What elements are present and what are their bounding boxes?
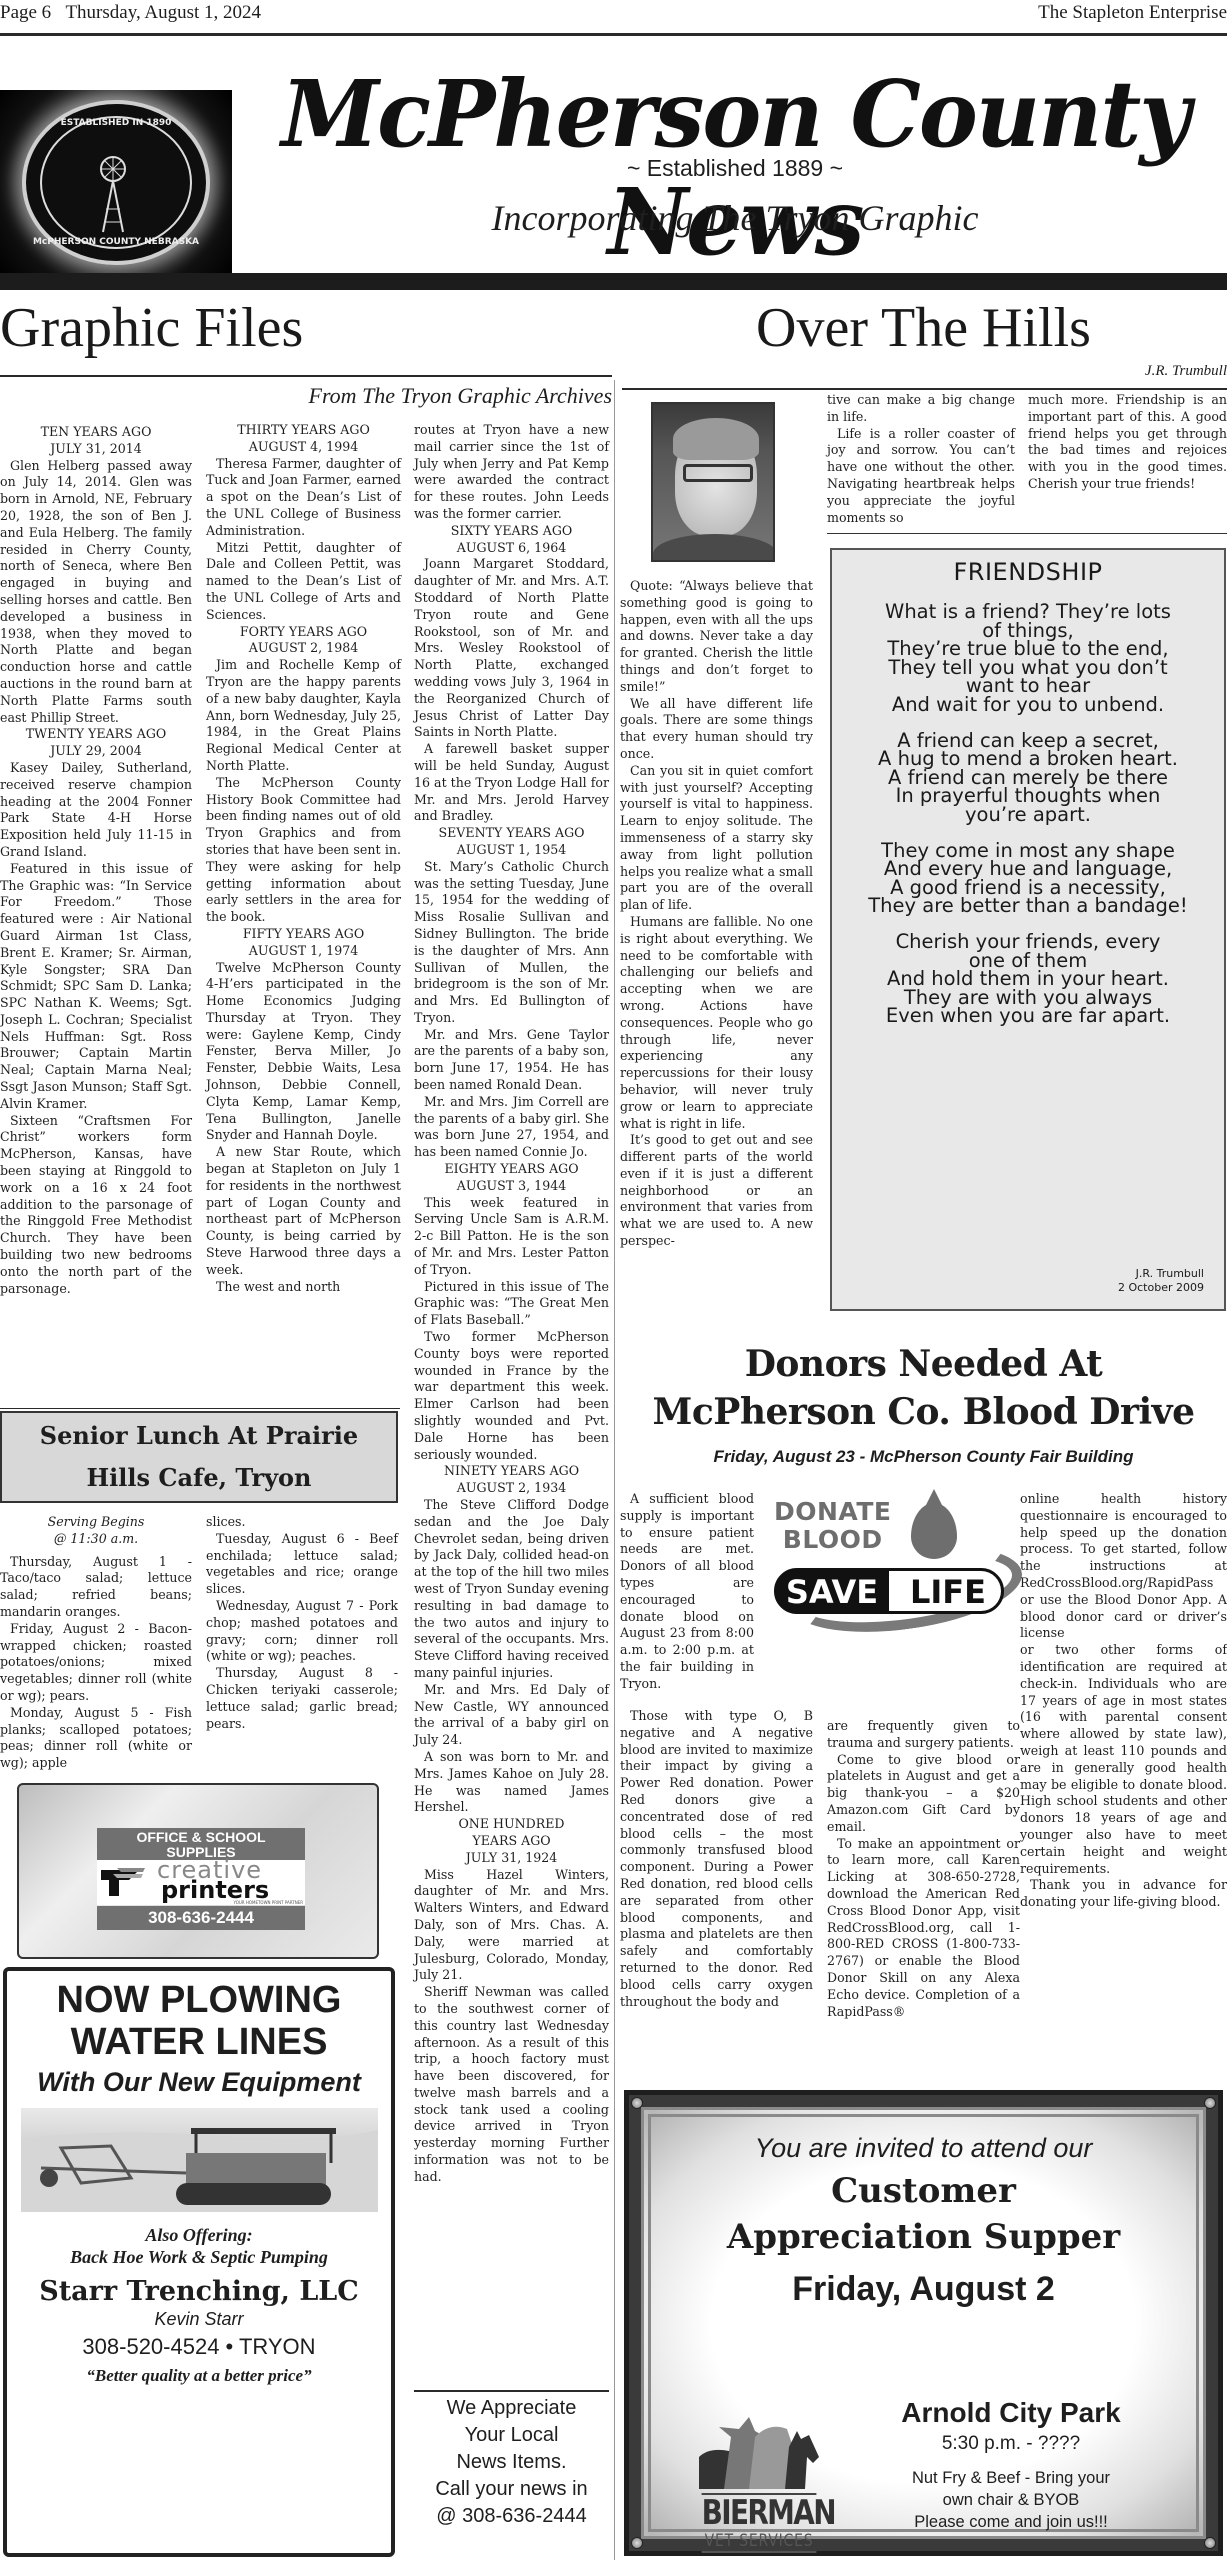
senior-lunch-header: Senior Lunch At Prairie Hills Cafe, Tryo… — [0, 1411, 398, 1503]
folio-rule — [0, 33, 1227, 36]
section-heading: FIFTY YEARS AGO — [206, 926, 401, 943]
paragraph: A farewell basket supper will be held Su… — [414, 741, 609, 825]
page-folio: Page 6 Thursday, August 1, 2024 The Stap… — [0, 0, 1227, 32]
rule — [414, 2390, 609, 2392]
ad-inner-frame: You are invited to attend our CustomerAp… — [641, 2107, 1206, 2539]
blood-drop-icon — [911, 1503, 957, 1559]
paragraph: Can you sit in quiet comfort with just y… — [620, 763, 813, 914]
paragraph: Two former McPherson County boys were re… — [414, 1329, 609, 1463]
paragraph: Thursday, August 1 - Taco/taco salad; le… — [0, 1554, 192, 1621]
blood-col-3: online health history questionnaire is e… — [1020, 1491, 1227, 1911]
paragraph: Mr. and Mrs. Ed Daly of New Castle, WY a… — [414, 1682, 609, 1749]
paragraph: The Steve Clifford Dodge sedan and the J… — [414, 1497, 609, 1682]
ad-headline: NOW PLOWINGWATER LINES — [7, 1979, 391, 2063]
event-location: Arnold City Park — [841, 2397, 1181, 2429]
section-rule — [622, 388, 1227, 390]
section-heading: SEVENTY YEARS AGO — [414, 825, 609, 842]
issue-date: Thursday, August 1, 2024 — [65, 2, 261, 23]
section-heading: EIGHTY YEARS AGO — [414, 1161, 609, 1178]
poem-title: FRIENDSHIP — [832, 558, 1224, 586]
paragraph: Come to give blood or platelets in Augus… — [827, 1752, 1020, 1836]
screw-icon — [631, 2097, 643, 2109]
section-heading: AUGUST 1, 1954 — [414, 842, 609, 859]
paragraph: A son was born to Mr. and Mrs. James Kah… — [414, 1749, 609, 1816]
section-title-over-the-hills: Over The Hills — [620, 300, 1227, 356]
glasses — [683, 464, 753, 482]
section-heading: AUGUST 2, 1984 — [206, 640, 401, 657]
graphic-files-col-2: THIRTY YEARS AGOAUGUST 4, 1994Theresa Fa… — [206, 422, 401, 1295]
paragraph: Kasey Dailey, Sutherland, received reser… — [0, 760, 192, 861]
section-heading: AUGUST 6, 1964 — [414, 540, 609, 557]
paragraph: Quote: “Always believe that something go… — [620, 578, 813, 696]
section-heading: JULY 29, 2004 — [0, 743, 192, 760]
senior-lunch-col-1: Serving Begins@ 11:30 a.m. Thursday, Aug… — [0, 1514, 192, 1772]
paragraph: Friday, August 2 - Bacon-wrapped chicken… — [0, 1621, 192, 1705]
paragraph: Pictured in this issue of The Graphic wa… — [414, 1279, 609, 1329]
ad-phone: 308-520-4524 • TRYON — [7, 2334, 391, 2360]
event-time: 5:30 p.m. - ???? — [841, 2433, 1181, 2455]
bierman-vet-logo: BIERMAN VET SERVICES — [689, 2417, 829, 2553]
paragraph: Monday, August 5 - Fish planks; scallope… — [0, 1705, 192, 1772]
paragraph-continued: much more. Friendship is an important pa… — [1028, 392, 1227, 493]
paragraph: Glen Helberg passed away on July 14, 201… — [0, 458, 192, 727]
section-heading: SIXTY YEARS AGO — [414, 523, 609, 540]
poem-stanza: They come in most any shapeAnd every hue… — [832, 842, 1224, 916]
screw-icon — [1204, 2537, 1216, 2549]
windmill-icon — [88, 154, 138, 234]
paragraph: The McPherson County History Book Commit… — [206, 775, 401, 926]
section-heading: FORTY YEARS AGO — [206, 624, 401, 641]
ad-invite-line: You are invited to attend our — [651, 2133, 1196, 2164]
rule — [827, 533, 1227, 534]
graphic-files-col-3: routes at Tryon have a new mail carrier … — [414, 422, 609, 2186]
ad-customer-appreciation-supper[interactable]: You are invited to attend our CustomerAp… — [624, 2090, 1223, 2556]
section-heading: YEARS AGO — [414, 1833, 609, 1850]
section-heading: JULY 31, 1924 — [414, 1850, 609, 1867]
paragraph: This week featured in Serving Uncle Sam … — [414, 1195, 609, 1279]
paragraph: To make an appointment or to learn more,… — [827, 1836, 1020, 2021]
blood-drive-subtitle: Friday, August 23 - McPherson County Fai… — [620, 1447, 1227, 1467]
paragraph: Wednesday, August 7 - Pork chop; mashed … — [206, 1598, 398, 1665]
section-heading: TEN YEARS AGO — [0, 424, 192, 441]
logo-tagline: YOUR HOMETOWN PRINT PARTNER — [234, 1900, 304, 1905]
seal-bottom-text: McPHERSON COUNTY NEBRASKA — [26, 237, 206, 247]
printers-logo-icon — [99, 1866, 147, 1900]
section-heading: AUGUST 1, 1974 — [206, 943, 401, 960]
paragraph: Miss Hazel Winters, daughter of Mr. and … — [414, 1867, 609, 1985]
poem-stanza: Cherish your friends, everyone of themAn… — [832, 933, 1224, 1026]
over-the-hills-col-1: Quote: “Always believe that something go… — [620, 578, 813, 1250]
section-heading: AUGUST 2, 1934 — [414, 1480, 609, 1497]
paragraph: Jim and Rochelle Kemp of Tryon are the h… — [206, 657, 401, 775]
hair — [673, 418, 759, 460]
ad-creative-printers[interactable]: OFFICE & SCHOOLSUPPLIES creative printer… — [17, 1783, 379, 1959]
ad-slogan: “Better quality at a better price” — [7, 2366, 391, 2386]
established-line: ~ Established 1889 ~ — [255, 155, 1215, 182]
paragraph: Theresa Farmer, daughter of Tuck and Joa… — [206, 456, 401, 540]
paragraph: Sixteen “Craftsmen For Christ” workers f… — [0, 1113, 192, 1298]
paragraph: Thursday, August 8 - Chicken teriyaki ca… — [206, 1665, 398, 1732]
poem-signature: J.R. Trumbull2 October 2009 — [1118, 1267, 1204, 1295]
section-heading: TWENTY YEARS AGO — [0, 726, 192, 743]
section-heading: JULY 31, 2014 — [0, 441, 192, 458]
section-title-graphic-files: Graphic Files — [0, 300, 303, 356]
paragraph: It’s good to get out and see different p… — [620, 1132, 813, 1250]
livestock-silhouettes-icon — [689, 2417, 829, 2489]
paragraph: A new Star Route, which began at Staplet… — [206, 1144, 401, 1278]
shirt — [653, 534, 775, 562]
paragraph: routes at Tryon have a new mail carrier … — [414, 422, 609, 523]
paragraph: Mitzi Pettit, daughter of Dale and Colle… — [206, 540, 401, 624]
senior-lunch-col-2: slices. Tuesday, August 6 - Beef enchila… — [206, 1514, 398, 1732]
news-items-notice: We Appreciate Your Local News Items. Cal… — [415, 2395, 608, 2530]
save-life-pill: SAVE LIFE — [774, 1568, 1004, 1614]
poem-line: They are better than a bandage! — [832, 897, 1224, 916]
blood-col-1-top: A sufficient blood supply is important t… — [620, 1491, 754, 1693]
section-subtitle: From The Tryon Graphic Archives — [309, 383, 613, 409]
section-heading: AUGUST 4, 1994 — [206, 439, 401, 456]
section-heading: AUGUST 3, 1944 — [414, 1178, 609, 1195]
paragraph: Featured in this issue of The Graphic wa… — [0, 861, 192, 1113]
ad-event-date: Friday, August 2 — [651, 2270, 1196, 2309]
section-heading: THIRTY YEARS AGO — [206, 422, 401, 439]
blood-col-2: are frequently given to trauma and surge… — [827, 1718, 1020, 2020]
senior-lunch-title-2: Hills Cafe, Tryon — [2, 1457, 396, 1499]
bulldozer-image — [21, 2108, 378, 2212]
screw-icon — [631, 2537, 643, 2549]
serving-time: Serving Begins@ 11:30 a.m. — [0, 1514, 192, 1548]
menu-continued: slices. — [206, 1514, 398, 1531]
over-the-hills-col-2: tive can make a big change in life. Life… — [827, 392, 1015, 526]
ad-event-details: Arnold City Park 5:30 p.m. - ???? Nut Fr… — [841, 2397, 1181, 2533]
paragraph-continued: are frequently given to trauma and surge… — [827, 1718, 1020, 1752]
friendship-poem-box: FRIENDSHIP What is a friend? They’re lot… — [830, 548, 1226, 1311]
paragraph: Tuesday, August 6 - Beef enchilada; lett… — [206, 1531, 398, 1598]
column-divider — [614, 380, 615, 2560]
paragraph: Joann Margaret Stoddard, daughter of Mr.… — [414, 556, 609, 741]
over-the-hills-col-3: much more. Friendship is an important pa… — [1028, 392, 1227, 493]
seal-disc: ESTABLISHED IN 1890 McPHERSON COUNTY NEB… — [22, 100, 210, 265]
paragraph: Twelve McPherson County 4-H’ers particip… — [206, 960, 401, 1145]
paragraph: Mr. and Mrs. Jim Correll are the parents… — [414, 1094, 609, 1161]
ad-contact-name: Kevin Starr — [7, 2309, 391, 2330]
paragraph: We all have different life goals. There … — [620, 696, 813, 763]
paragraph: Humans are fallible. No one is right abo… — [620, 914, 813, 1132]
incorporating-line: Incorporating The Tryon Graphic — [255, 197, 1215, 239]
poem-stanza: A friend can keep a secret,A hug to mend… — [832, 732, 1224, 825]
masthead-bar — [0, 273, 1227, 290]
poem-line: you’re apart. — [832, 806, 1224, 825]
ad-starr-trenching[interactable]: NOW PLOWINGWATER LINES With Our New Equi… — [3, 1967, 395, 2557]
creative-printers-logo: creative printers YOUR HOMETOWN PRINT PA… — [97, 1860, 305, 1905]
poem-line: Even when you are far apart. — [832, 1007, 1224, 1026]
paragraph: Sheriff Newman was called to the southwe… — [414, 1984, 609, 2186]
paragraph: Mr. and Mrs. Gene Taylor are the parents… — [414, 1027, 609, 1094]
author-photo — [651, 402, 775, 562]
page-number-date: Page 6 Thursday, August 1, 2024 — [0, 2, 261, 24]
event-note: Nut Fry & Beef - Bring your own chair & … — [841, 2467, 1181, 2533]
ad-company-name: Starr Trenching, LLC — [7, 2276, 391, 2307]
paragraph: Life is a roller coaster of joy and sorr… — [827, 426, 1015, 527]
section-rule — [0, 375, 612, 377]
section-heading: NINETY YEARS AGO — [414, 1463, 609, 1480]
page-number: Page 6 — [0, 2, 51, 23]
donate-blood-logo: DONATEBLOOD SAVE LIFE — [768, 1493, 1020, 1623]
seal-top-text: ESTABLISHED IN 1890 — [26, 118, 206, 128]
paragraph-continued: tive can make a big change in life. — [827, 392, 1015, 426]
graphic-files-col-1: TEN YEARS AGOJULY 31, 2014Glen Helberg p… — [0, 424, 192, 1297]
paragraph: The west and north — [206, 1279, 401, 1296]
screw-icon — [1204, 2097, 1216, 2109]
poem-stanza: What is a friend? They’re lotsof things,… — [832, 603, 1224, 715]
publication-name: The Stapleton Enterprise — [1038, 2, 1227, 24]
column-byline: J.R. Trumbull — [1145, 363, 1227, 380]
senior-lunch-title-1: Senior Lunch At Prairie — [2, 1415, 396, 1457]
ad-also-offering: Also Offering:Back Hoe Work & Septic Pum… — [7, 2224, 391, 2268]
poem-line: And wait for you to unbend. — [832, 696, 1224, 715]
county-seal-logo: ESTABLISHED IN 1890 McPHERSON COUNTY NEB… — [0, 90, 232, 273]
rule — [0, 1408, 400, 1409]
ad-phone: 308-636-2444 — [97, 1906, 305, 1930]
blood-col-1-bottom: Those with type O, B negative and A nega… — [620, 1708, 813, 2010]
section-heading: ONE HUNDRED — [414, 1816, 609, 1833]
paragraph: St. Mary’s Catholic Church was the setti… — [414, 859, 609, 1027]
trencher-photo — [21, 2108, 378, 2212]
donate-blood-text: DONATEBLOOD — [774, 1498, 891, 1554]
ad-event-title: CustomerAppreciation Supper — [651, 2168, 1196, 2260]
ad-subheadline: With Our New Equipment — [7, 2067, 391, 2098]
blood-drive-headline: Donors Needed At McPherson Co. Blood Dri… — [620, 1340, 1227, 1436]
